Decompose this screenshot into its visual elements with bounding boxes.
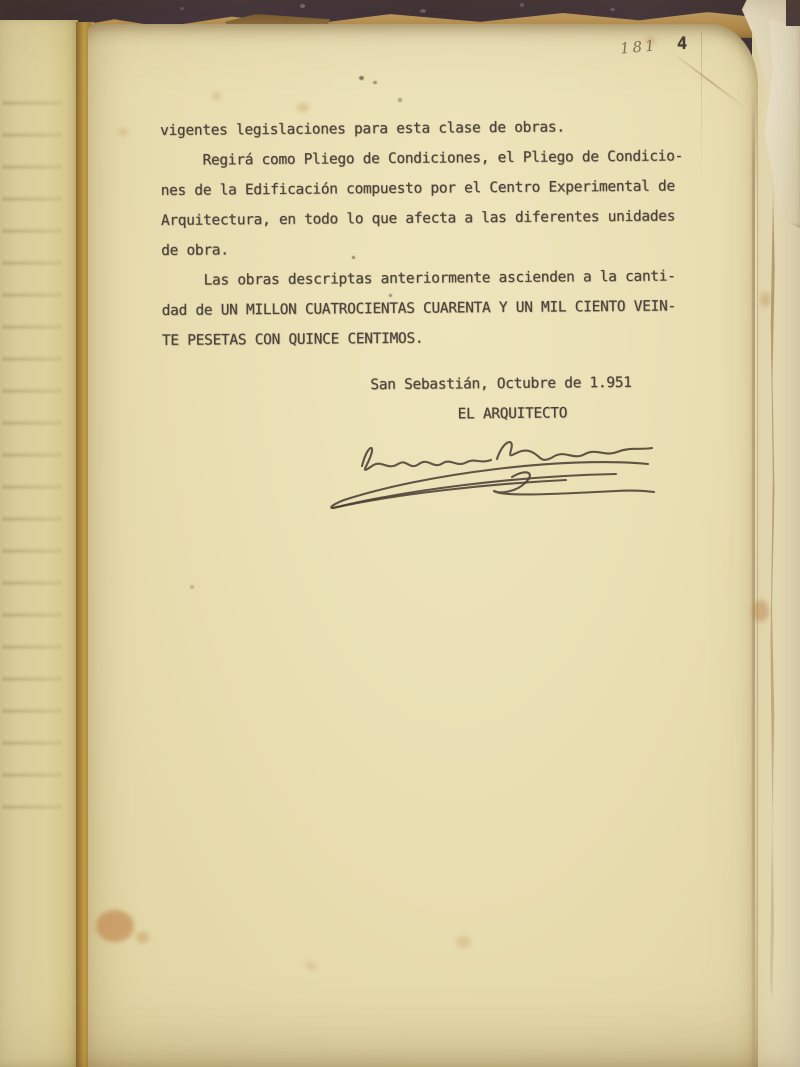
- stain: [136, 932, 149, 943]
- ink-speck: [398, 98, 402, 102]
- typewritten-text-block: vigentes legislaciones para esta clase d…: [160, 111, 743, 432]
- signature: [316, 420, 664, 528]
- previous-page-verso: [0, 20, 78, 1067]
- typewritten-line: Arquitectura, en todo lo que afecta a la…: [161, 201, 741, 236]
- typewritten-line: TE PESETAS CON QUINCE CENTIMOS.: [162, 321, 742, 356]
- stain: [760, 292, 771, 307]
- cover-texture-speck: [180, 7, 184, 10]
- page-crease-highlight: [755, 104, 757, 1067]
- cover-texture-speck: [610, 8, 615, 11]
- stain: [118, 128, 128, 136]
- cover-texture-speck: [300, 4, 305, 8]
- cover-corner: [786, 0, 800, 26]
- scanned-document-photo: 181 4 vigentes legislaciones para esta c…: [0, 0, 800, 1067]
- show-through-text: [2, 80, 62, 820]
- ink-speck: [389, 294, 392, 297]
- signature-flourish-icon: [316, 420, 664, 528]
- ink-speck: [359, 76, 364, 80]
- stain: [306, 962, 316, 970]
- ink-speck: [352, 256, 355, 259]
- stain: [297, 103, 309, 112]
- corner-fold-line: [669, 50, 747, 109]
- typewritten-line: dad de UN MILLON CUATROCIENTAS CUARENTA …: [162, 291, 742, 326]
- stain: [645, 36, 656, 45]
- ink-speck: [373, 81, 377, 84]
- cover-texture-speck: [420, 9, 426, 13]
- stain: [212, 92, 221, 100]
- page-number: 4: [677, 34, 687, 54]
- stain: [456, 936, 471, 948]
- stain: [752, 600, 769, 622]
- cover-texture-speck: [520, 3, 524, 7]
- stain: [96, 910, 134, 942]
- ink-speck: [190, 585, 194, 589]
